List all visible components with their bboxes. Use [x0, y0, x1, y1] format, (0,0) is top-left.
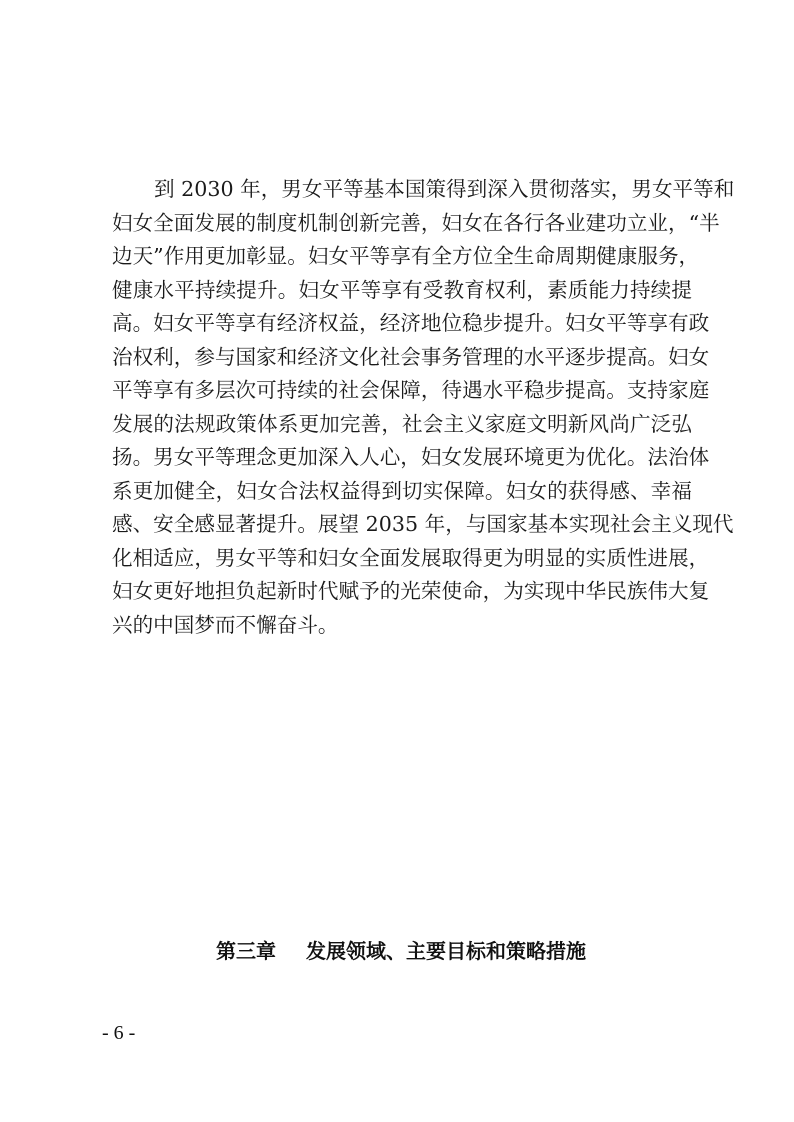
- paragraph-line: 感、安全感显著提升。展望 2035 年，与国家基本实现社会主义现代: [112, 508, 692, 542]
- body-paragraph: 到 2030 年，男女平等基本国策得到深入贯彻落实，男女平等和 妇女全面发展的制…: [112, 173, 692, 642]
- paragraph-line: 发展的法规政策体系更加完善，社会主义家庭文明新风尚广泛弘: [112, 408, 692, 442]
- paragraph-line: 边天”作用更加彰显。妇女平等享有全方位全生命周期健康服务，: [112, 240, 692, 274]
- chapter-number: 第三章: [216, 939, 276, 963]
- paragraph-line: 治权利，参与国家和经济文化社会事务管理的水平逐步提高。妇女: [112, 341, 692, 375]
- chapter-title: 发展领域、主要目标和策略措施: [306, 939, 586, 963]
- paragraph-line: 高。妇女平等享有经济权益，经济地位稳步提升。妇女平等享有政: [112, 307, 692, 341]
- document-page: 到 2030 年，男女平等基本国策得到深入贯彻落实，男女平等和 妇女全面发展的制…: [0, 0, 794, 1122]
- paragraph-line: 妇女全面发展的制度机制创新完善，妇女在各行各业建功立业，“半: [112, 207, 692, 241]
- paragraph-line: 健康水平持续提升。妇女平等享有受教育权利，素质能力持续提: [112, 274, 692, 308]
- paragraph-line: 兴的中国梦而不懈奋斗。: [112, 609, 692, 643]
- page-number: - 6 -: [102, 1022, 135, 1045]
- paragraph-line: 扬。男女平等理念更加深入人心，妇女发展环境更为优化。法治体: [112, 441, 692, 475]
- paragraph-line: 平等享有多层次可持续的社会保障，待遇水平稳步提高。支持家庭: [112, 374, 692, 408]
- paragraph-line: 到 2030 年，男女平等基本国策得到深入贯彻落实，男女平等和: [112, 173, 692, 207]
- paragraph-line: 系更加健全，妇女合法权益得到切实保障。妇女的获得感、幸福: [112, 475, 692, 509]
- chapter-heading: 第三章发展领域、主要目标和策略措施: [0, 935, 794, 964]
- paragraph-line: 妇女更好地担负起新时代赋予的光荣使命，为实现中华民族伟大复: [112, 575, 692, 609]
- paragraph-line: 化相适应，男女平等和妇女全面发展取得更为明显的实质性进展，: [112, 542, 692, 576]
